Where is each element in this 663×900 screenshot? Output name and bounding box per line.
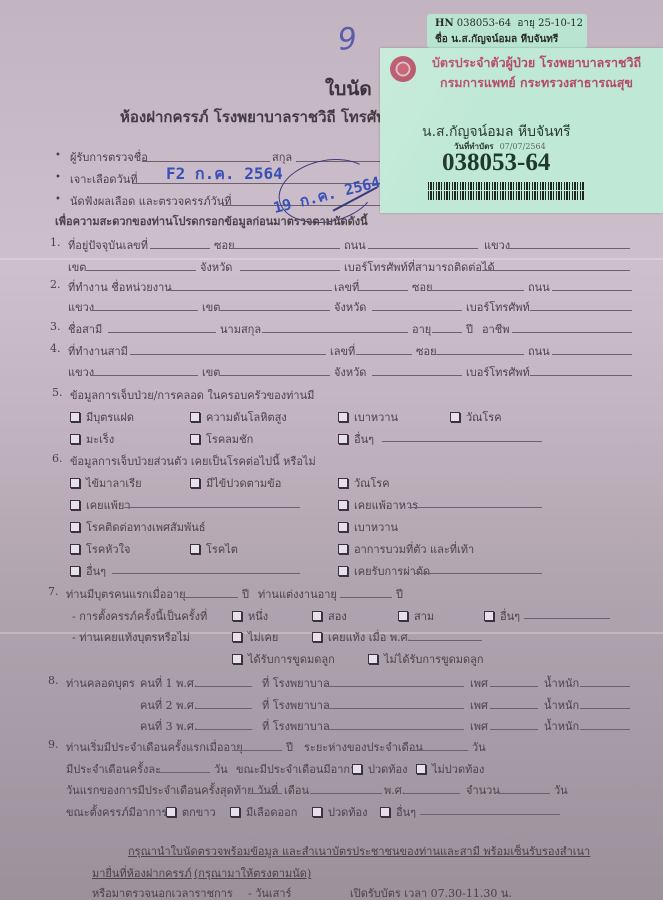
- days-label: วัน: [554, 781, 568, 799]
- weight-label: น้ำหนัก: [544, 674, 579, 692]
- hospital-label: ที่ โรงพยาบาล: [262, 696, 330, 714]
- checkbox[interactable]: [190, 544, 200, 554]
- hospital-field[interactable]: [324, 729, 464, 730]
- checkbox-item[interactable]: เคยแพ้อาหาร: [338, 496, 418, 514]
- handwritten-number: 9: [336, 21, 359, 58]
- year-label: พ.ศ.: [384, 781, 405, 799]
- checkbox-item[interactable]: วัณโรค: [338, 474, 390, 492]
- bullet-icon: •: [55, 172, 61, 183]
- section-number: 4.: [50, 342, 61, 355]
- footer-note-line2b: (กรุณามาให้ตรงตามนัด): [194, 864, 311, 882]
- road-field[interactable]: [552, 290, 632, 291]
- checkbox-item[interactable]: วัณโรค: [450, 408, 502, 426]
- opening-hours: เปิดรับบัตร เวลา 07.30-11.30 น.: [350, 884, 512, 900]
- province-field[interactable]: [372, 375, 462, 376]
- hospital-label: ที่ โรงพยาบาล: [262, 674, 330, 692]
- duration-field[interactable]: [156, 772, 210, 773]
- checkbox[interactable]: [70, 566, 80, 576]
- checkbox[interactable]: [70, 434, 80, 444]
- section-6-title: ข้อมูลการเจ็บป่วยส่วนตัว เคยเป็นโรคต่อไป…: [70, 452, 316, 470]
- checkbox[interactable]: [312, 632, 322, 642]
- checkbox-item[interactable]: โรคไต: [190, 540, 238, 558]
- first-child-age-field[interactable]: [182, 597, 238, 598]
- section-number: 5.: [52, 386, 63, 399]
- interval-label: ระยะห่างของประจำเดือน: [304, 738, 423, 756]
- phone-label: เบอร์โทรศัพท์ที่สามารถติดต่อได้: [344, 258, 495, 276]
- checkbox-item[interactable]: ไม่ปวดท้อง: [416, 760, 484, 778]
- husband-work-field[interactable]: [130, 354, 326, 355]
- checkbox[interactable]: [232, 654, 242, 664]
- hn-sticker: HN 038053-64 อายุ 25-10-12 ชื่อ น.ส.กัญจ…: [427, 14, 587, 48]
- occupation-field[interactable]: [512, 332, 632, 333]
- section-number: 6.: [52, 452, 63, 465]
- checkbox-item[interactable]: มีบุตรแฝด: [70, 408, 134, 426]
- births-label: ท่านคลอดบุตร: [66, 674, 135, 692]
- number-field[interactable]: [358, 290, 408, 291]
- sex-label: เพศ: [470, 674, 488, 692]
- province-label: จังหวัด: [200, 258, 232, 276]
- name-value: น.ส.กัญจน์อมล หีบจันทรี: [451, 34, 558, 45]
- checkbox[interactable]: [338, 522, 348, 532]
- child-year-field[interactable]: [196, 686, 252, 687]
- examinee-label: ผู้รับการตรวจชื่อ: [70, 148, 148, 166]
- soi-field[interactable]: [432, 290, 524, 291]
- child-year-label: คนที่ 3 พ.ศ.: [140, 717, 197, 735]
- days-label: วัน: [472, 738, 486, 756]
- menarche-label: ท่านเริ่มมีประจำเดือนครั้งแรกเมื่ออายุ: [66, 738, 243, 756]
- checkbox-item[interactable]: เบาหวาน: [338, 518, 398, 536]
- husband-name-field[interactable]: [108, 332, 216, 333]
- soi-field[interactable]: [234, 248, 340, 249]
- road-label: ถนน: [344, 236, 366, 254]
- section-number: 1.: [50, 236, 61, 249]
- pregnancy-symptoms-label: ขณะตั้งครรภ์มีอาการ: [66, 803, 167, 821]
- subdistrict-label: แขวง: [68, 363, 94, 381]
- sex-field[interactable]: [490, 708, 538, 709]
- soi-label: ซอย: [412, 278, 433, 296]
- checkbox-item[interactable]: อื่นๆ: [380, 803, 416, 821]
- miscarriage-label: - ท่านเคยแท้งบุตรหรือไม่: [72, 628, 190, 646]
- checkbox[interactable]: [312, 611, 322, 621]
- district-field[interactable]: [220, 310, 330, 311]
- footer-note-line2a: มายื่นที่ห้องฝากครรภ์: [92, 864, 192, 882]
- checkbox-item[interactable]: โรคติดต่อทางเพศสัมพันธ์: [70, 518, 205, 536]
- soi-field[interactable]: [436, 354, 524, 355]
- married-age-field[interactable]: [340, 597, 392, 598]
- workplace-label: ที่ทำงาน ชื่อหน่วยงาน: [68, 278, 172, 296]
- province-field[interactable]: [240, 270, 340, 271]
- saturday-label: - วันเสาร์: [248, 884, 291, 900]
- checkbox-item[interactable]: อื่นๆ: [338, 430, 374, 448]
- checkbox-item[interactable]: เคยรับการผ่าตัด: [338, 562, 430, 580]
- other-field[interactable]: [420, 814, 560, 815]
- province-label: จังหวัด: [334, 363, 366, 381]
- checkbox[interactable]: [166, 807, 176, 817]
- subdistrict-label: แขวง: [484, 236, 510, 254]
- road-field[interactable]: [368, 248, 478, 249]
- checkbox[interactable]: [190, 412, 200, 422]
- checkbox[interactable]: [70, 500, 80, 510]
- checkbox[interactable]: [232, 632, 242, 642]
- workplace-field[interactable]: [166, 290, 332, 291]
- district-field[interactable]: [86, 270, 196, 271]
- checkbox-item[interactable]: สอง: [312, 607, 347, 625]
- weight-field[interactable]: [580, 729, 630, 730]
- checkbox[interactable]: [380, 807, 390, 817]
- child-year-field[interactable]: [196, 729, 252, 730]
- phone-label: เบอร์โทรศัพท์: [466, 298, 530, 316]
- weight-field[interactable]: [580, 686, 630, 687]
- checkbox-item[interactable]: ความดันโลหิตสูง: [190, 408, 287, 426]
- district-label: เขต: [202, 298, 220, 316]
- checkbox[interactable]: [230, 807, 240, 817]
- instruction-text: เพื่อความสะดวกของท่านโปรดกรอกข้อมูลก่อนม…: [55, 212, 368, 230]
- days-label: วัน: [214, 760, 228, 778]
- miscarriage-year-field[interactable]: [408, 640, 482, 641]
- district-label: เขต: [202, 363, 220, 381]
- section-number: 8.: [48, 674, 59, 687]
- checkbox-item[interactable]: ไข้มาลาเรีย: [70, 474, 142, 492]
- sex-field[interactable]: [490, 686, 538, 687]
- weight-field[interactable]: [580, 708, 630, 709]
- years-label: ปี: [286, 738, 293, 756]
- checkbox[interactable]: [338, 478, 348, 488]
- number-label: เลขที่: [334, 278, 359, 296]
- section-number: 3.: [50, 320, 61, 333]
- weight-label: น้ำหนัก: [544, 696, 579, 714]
- checkbox-item[interactable]: ปวดท้อง: [312, 803, 368, 821]
- checkbox[interactable]: [338, 500, 348, 510]
- symptoms-label: ขณะมีประจำเดือนมีอาการ: [236, 760, 362, 778]
- husband-surname-label: นามสกุล: [220, 320, 261, 338]
- subdistrict-field[interactable]: [508, 248, 630, 249]
- phone-field[interactable]: [530, 375, 632, 376]
- section-number: 9.: [48, 738, 59, 751]
- house-number-field[interactable]: [150, 248, 210, 249]
- blood-draw-label: เจาะเลือดวันที่: [70, 170, 138, 188]
- hn-value: 038053-64: [457, 18, 511, 29]
- blood-draw-date-stamp: F2 ก.ค. 2564: [166, 162, 283, 187]
- sex-label: เพศ: [470, 696, 488, 714]
- hospital-field[interactable]: [324, 686, 464, 687]
- hospital-field[interactable]: [324, 708, 464, 709]
- bullet-icon: •: [55, 150, 61, 161]
- checkbox-item[interactable]: ไม่ได้รับการขูดมดลูก: [368, 650, 484, 668]
- checkbox[interactable]: [484, 611, 494, 621]
- interval-field[interactable]: [414, 750, 468, 751]
- checkbox-item[interactable]: โรคหัวใจ: [70, 540, 130, 558]
- checkbox-item[interactable]: ตกขาว: [166, 803, 216, 821]
- amount-label: จำนวน: [466, 781, 500, 799]
- other-field[interactable]: [524, 618, 610, 619]
- checkbox-item[interactable]: ได้รับการขูดมดลูก: [232, 650, 335, 668]
- road-label: ถนน: [528, 278, 550, 296]
- month-label: เดือน: [284, 781, 309, 799]
- hn-label: HN: [435, 18, 454, 29]
- checkbox-item[interactable]: เบาหวาน: [338, 408, 398, 426]
- road-field[interactable]: [552, 354, 632, 355]
- phone-field[interactable]: [530, 310, 632, 311]
- road-label: ถนน: [528, 342, 550, 360]
- age-value: 25-10-12: [538, 18, 583, 29]
- paper-fold: [0, 258, 663, 260]
- checkbox-item[interactable]: ไม่เคย: [232, 628, 278, 646]
- child-year-label: คนที่ 2 พ.ศ.: [140, 696, 197, 714]
- years-label: ปี: [242, 585, 249, 603]
- section-number: 2.: [50, 278, 61, 291]
- checkbox-item[interactable]: โรคลมชัก: [190, 430, 253, 448]
- checkbox[interactable]: [232, 611, 242, 621]
- province-label: จังหวัด: [334, 298, 366, 316]
- checkbox[interactable]: [70, 544, 80, 554]
- other-field[interactable]: [112, 573, 300, 574]
- checkbox[interactable]: [312, 807, 322, 817]
- checkbox[interactable]: [450, 412, 460, 422]
- checkbox[interactable]: [338, 544, 348, 554]
- soi-label: ซอย: [214, 236, 235, 254]
- results-label: นัดฟังผลเลือด และตรวจครรภ์วันที่: [70, 192, 232, 210]
- husband-name-label: ชื่อสามี: [68, 320, 102, 338]
- checkbox-item[interactable]: มะเร็ง: [70, 430, 114, 448]
- checkbox-item[interactable]: มีไข้ปวดตามข้อ: [190, 474, 281, 492]
- checkbox[interactable]: [416, 764, 426, 774]
- years-label: ปี: [466, 320, 473, 338]
- page-subtitle: ห้องฝากครรภ์ โรงพยาบาลราชวิถี โทรศัพท์: [120, 105, 396, 129]
- hospital-label: ที่ โรงพยาบาล: [262, 717, 330, 735]
- address-label: ที่อยู่ปัจจุบันเลขที่: [68, 236, 148, 254]
- checkbox[interactable]: [190, 434, 200, 444]
- child-year-field[interactable]: [196, 708, 252, 709]
- checkbox[interactable]: [352, 764, 362, 774]
- after-hours-label: หรือมาตรวจนอกเวลาราชการ: [92, 884, 233, 900]
- checkbox-item[interactable]: หนึ่ง: [232, 607, 268, 625]
- checkbox[interactable]: [368, 654, 378, 664]
- checkbox-item[interactable]: สาม: [398, 607, 434, 625]
- occupation-label: อาชีพ: [482, 320, 510, 338]
- checkbox-item[interactable]: อื่นๆ: [70, 562, 106, 580]
- checkbox-item[interactable]: เคยแพ้ยา: [70, 496, 131, 514]
- married-age-label: ท่านแต่งงานอายุ: [258, 585, 337, 603]
- child-year-label: คนที่ 1 พ.ศ.: [140, 674, 197, 692]
- section-5-title: ข้อมูลการเจ็บป่วย/การคลอด ในครอบครัวของท…: [70, 386, 314, 404]
- subdistrict-label: แขวง: [68, 298, 94, 316]
- number-label: เลขที่: [330, 342, 355, 360]
- duration-label: มีประจำเดือนครั้งละ: [66, 760, 161, 778]
- checkbox[interactable]: [70, 522, 80, 532]
- pregnancy-count-label: - การตั้งครรภ์ครั้งนี้เป็นครั้งที่: [72, 607, 207, 625]
- soi-label: ซอย: [416, 342, 437, 360]
- section-number: 7.: [48, 585, 59, 598]
- weight-label: น้ำหนัก: [544, 717, 579, 735]
- district-field[interactable]: [220, 375, 330, 376]
- checkbox[interactable]: [190, 478, 200, 488]
- drug-allergy-field[interactable]: [124, 507, 300, 508]
- patient-id-card: บัตรประจำตัวผู้ป่วย โรงพยาบาลราชวิถี กรม…: [380, 48, 663, 213]
- years-label: ปี: [396, 585, 403, 603]
- lmp-month-field[interactable]: [310, 793, 382, 794]
- first-child-age-label: ท่านมีบุตรคนแรกเมื่ออายุ: [66, 585, 186, 603]
- checkbox[interactable]: [398, 611, 408, 621]
- sex-label: เพศ: [470, 717, 488, 735]
- lmp-day-field[interactable]: [248, 793, 282, 794]
- age-label: อายุ: [412, 320, 431, 338]
- checkbox[interactable]: [70, 412, 80, 422]
- other-field[interactable]: [382, 441, 542, 442]
- subdistrict-field[interactable]: [92, 375, 198, 376]
- number-field[interactable]: [356, 354, 412, 355]
- surgery-field[interactable]: [414, 573, 542, 574]
- food-allergy-field[interactable]: [408, 507, 542, 508]
- checkbox-item[interactable]: อาการบวมที่ตัว และที่เท้า: [338, 540, 474, 558]
- page-title: ใบนัด: [325, 74, 372, 104]
- district-label: เขต: [68, 258, 86, 276]
- age-label: อายุ: [517, 18, 534, 29]
- bullet-icon: •: [55, 194, 61, 205]
- phone-label: เบอร์โทรศัพท์: [466, 363, 530, 381]
- menarche-age-field[interactable]: [232, 750, 282, 751]
- checkbox-item[interactable]: อื่นๆ: [484, 607, 520, 625]
- checkbox[interactable]: [338, 566, 348, 576]
- name-label: ชื่อ: [435, 34, 448, 45]
- amount-field[interactable]: [500, 793, 550, 794]
- checkbox-item[interactable]: ปวดท้อง: [352, 760, 408, 778]
- footer-note-line1: กรุณานำใบนัดตรวจพร้อมข้อมูล และสำเนาบัตร…: [128, 842, 590, 860]
- husband-surname-field[interactable]: [262, 332, 408, 333]
- husband-work-label: ที่ทำงานสามี: [68, 342, 128, 360]
- checkbox-item[interactable]: มีเลือดออก: [230, 803, 297, 821]
- lmp-year-field[interactable]: [404, 793, 460, 794]
- lmp-label: วันแรกของการมีประจำเดือนครั้งสุดท้าย วัน…: [66, 781, 278, 799]
- checkbox[interactable]: [338, 434, 348, 444]
- sex-field[interactable]: [490, 729, 538, 730]
- subdistrict-field[interactable]: [92, 310, 198, 311]
- checkbox[interactable]: [70, 478, 80, 488]
- province-field[interactable]: [372, 310, 462, 311]
- age-field[interactable]: [432, 332, 462, 333]
- checkbox-item[interactable]: เคยแท้ง เมื่อ พ.ศ.: [312, 628, 411, 646]
- checkbox[interactable]: [338, 412, 348, 422]
- phone-field[interactable]: [482, 270, 630, 271]
